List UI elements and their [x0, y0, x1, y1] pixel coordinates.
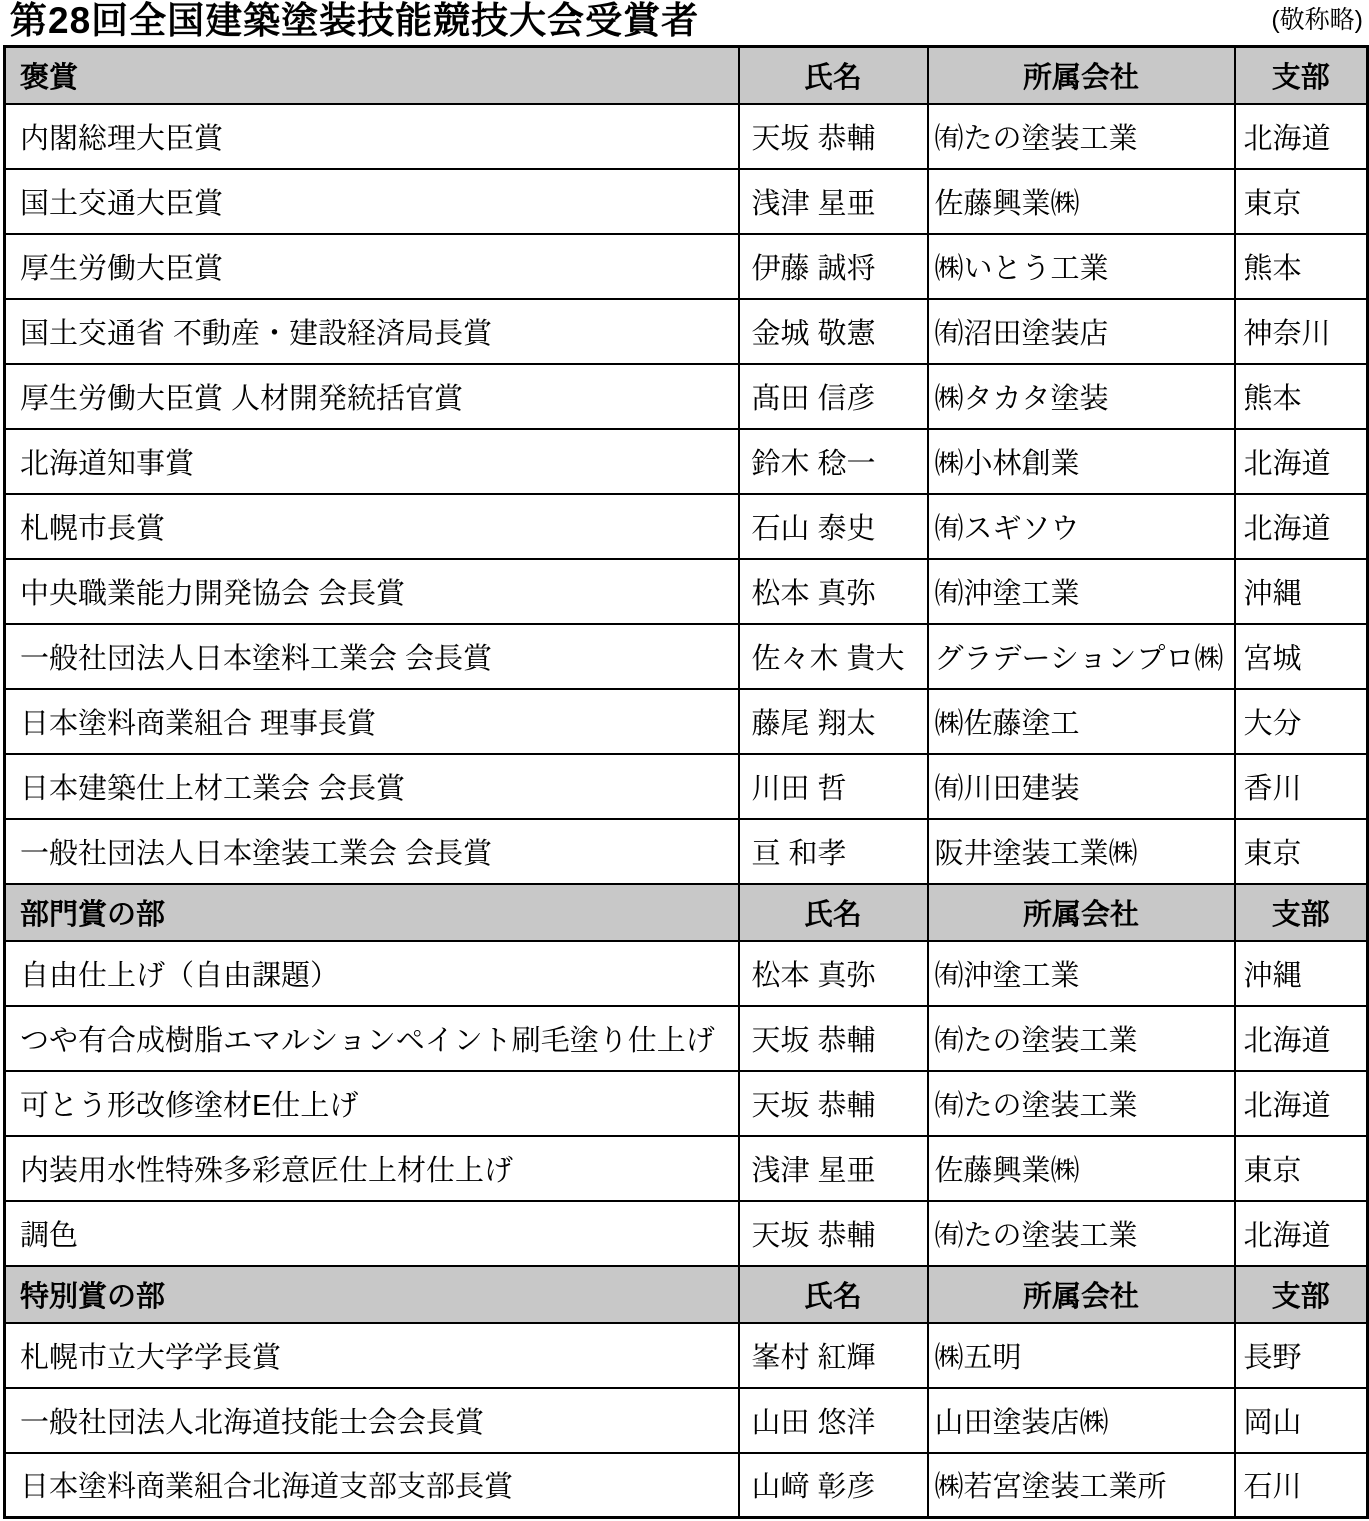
table-row: 中央職業能力開発協会 会長賞 松本 真弥 ㈲沖塗工業 沖縄 [5, 559, 1368, 624]
company-cell: ㈲たの塗装工業 [928, 1201, 1235, 1266]
name-cell: 天坂 恭輔 [739, 104, 928, 169]
branch-cell: 東京 [1235, 1136, 1368, 1201]
company-cell: ㈲たの塗装工業 [928, 104, 1235, 169]
branch-cell: 東京 [1235, 819, 1368, 884]
name-cell: 山﨑 彰彦 [739, 1453, 928, 1518]
branch-cell: 宮城 [1235, 624, 1368, 689]
award-cell: 中央職業能力開発協会 会長賞 [5, 559, 739, 624]
award-cell: 日本塗料商業組合北海道支部支部長賞 [5, 1453, 739, 1518]
table-row: 内装用水性特殊多彩意匠仕上材仕上げ 浅津 星亜 佐藤興業㈱ 東京 [5, 1136, 1368, 1201]
column-header-company: 所属会社 [928, 1266, 1235, 1323]
document-page: 第28回全国建築塗装技能競技大会受賞者 (敬称略) 褒賞 氏名 所属会社 支部 … [0, 0, 1369, 1521]
name-cell: 金城 敬憲 [739, 299, 928, 364]
award-cell: 厚生労働大臣賞 人材開発統括官賞 [5, 364, 739, 429]
table-row: 厚生労働大臣賞 人材開発統括官賞 髙田 信彦 ㈱タカタ塗装 熊本 [5, 364, 1368, 429]
name-cell: 佐々木 貴大 [739, 624, 928, 689]
company-cell: 阪井塗装工業㈱ [928, 819, 1235, 884]
award-cell: 北海道知事賞 [5, 429, 739, 494]
name-cell: 山田 悠洋 [739, 1388, 928, 1453]
column-header-name: 氏名 [739, 1266, 928, 1323]
section-header-row: 部門賞の部 氏名 所属会社 支部 [5, 884, 1368, 941]
name-cell: 浅津 星亜 [739, 1136, 928, 1201]
name-cell: 天坂 恭輔 [739, 1006, 928, 1071]
name-cell: 伊藤 誠将 [739, 234, 928, 299]
name-cell: 浅津 星亜 [739, 169, 928, 234]
branch-cell: 北海道 [1235, 1071, 1368, 1136]
branch-cell: 熊本 [1235, 364, 1368, 429]
branch-cell: 神奈川 [1235, 299, 1368, 364]
name-cell: 髙田 信彦 [739, 364, 928, 429]
company-cell: ㈲沖塗工業 [928, 941, 1235, 1006]
table-row: 日本塗料商業組合北海道支部支部長賞 山﨑 彰彦 ㈱若宮塗装工業所 石川 [5, 1453, 1368, 1518]
branch-cell: 大分 [1235, 689, 1368, 754]
award-cell: 内閣総理大臣賞 [5, 104, 739, 169]
table-row: つや有合成樹脂エマルションペイント刷毛塗り仕上げ 天坂 恭輔 ㈲たの塗装工業 北… [5, 1006, 1368, 1071]
name-cell: 鈴木 稔一 [739, 429, 928, 494]
column-header-branch: 支部 [1235, 884, 1368, 941]
name-cell: 天坂 恭輔 [739, 1201, 928, 1266]
company-cell: ㈱タカタ塗装 [928, 364, 1235, 429]
branch-cell: 沖縄 [1235, 559, 1368, 624]
column-header-name: 氏名 [739, 884, 928, 941]
table-row: 一般社団法人北海道技能士会会長賞 山田 悠洋 山田塗装店㈱ 岡山 [5, 1388, 1368, 1453]
branch-cell: 岡山 [1235, 1388, 1368, 1453]
branch-cell: 北海道 [1235, 494, 1368, 559]
branch-cell: 北海道 [1235, 104, 1368, 169]
name-cell: 松本 真弥 [739, 559, 928, 624]
table-row: 札幌市立大学学長賞 峯村 紅輝 ㈱五明 長野 [5, 1323, 1368, 1388]
name-cell: 峯村 紅輝 [739, 1323, 928, 1388]
column-header-company: 所属会社 [928, 47, 1235, 104]
company-cell: ㈱若宮塗装工業所 [928, 1453, 1235, 1518]
award-cell: 札幌市長賞 [5, 494, 739, 559]
page-title: 第28回全国建築塗装技能競技大会受賞者 [10, 0, 699, 42]
branch-cell: 石川 [1235, 1453, 1368, 1518]
company-cell: ㈲沖塗工業 [928, 559, 1235, 624]
award-cell: 札幌市立大学学長賞 [5, 1323, 739, 1388]
branch-cell: 香川 [1235, 754, 1368, 819]
award-cell: 日本塗料商業組合 理事長賞 [5, 689, 739, 754]
section-header-row: 褒賞 氏名 所属会社 支部 [5, 47, 1368, 104]
section-title: 部門賞の部 [5, 884, 739, 941]
table-row: 札幌市長賞 石山 泰史 ㈲スギソウ 北海道 [5, 494, 1368, 559]
branch-cell: 北海道 [1235, 429, 1368, 494]
column-header-name: 氏名 [739, 47, 928, 104]
company-cell: ㈲たの塗装工業 [928, 1071, 1235, 1136]
column-header-company: 所属会社 [928, 884, 1235, 941]
award-cell: つや有合成樹脂エマルションペイント刷毛塗り仕上げ [5, 1006, 739, 1071]
table-row: 可とう形改修塗材E仕上げ 天坂 恭輔 ㈲たの塗装工業 北海道 [5, 1071, 1368, 1136]
table-row: 国土交通大臣賞 浅津 星亜 佐藤興業㈱ 東京 [5, 169, 1368, 234]
award-cell: 一般社団法人日本塗料工業会 会長賞 [5, 624, 739, 689]
awards-table: 褒賞 氏名 所属会社 支部 内閣総理大臣賞 天坂 恭輔 ㈲たの塗装工業 北海道 … [3, 45, 1369, 1519]
company-cell: ㈱五明 [928, 1323, 1235, 1388]
table-row: 日本塗料商業組合 理事長賞 藤尾 翔太 ㈱佐藤塗工 大分 [5, 689, 1368, 754]
company-cell: ㈲たの塗装工業 [928, 1006, 1235, 1071]
table-row: 日本建築仕上材工業会 会長賞 川田 哲 ㈲川田建装 香川 [5, 754, 1368, 819]
company-cell: ㈲川田建装 [928, 754, 1235, 819]
award-cell: 厚生労働大臣賞 [5, 234, 739, 299]
title-bar: 第28回全国建築塗装技能競技大会受賞者 (敬称略) [0, 0, 1369, 45]
branch-cell: 長野 [1235, 1323, 1368, 1388]
name-cell: 亘 和孝 [739, 819, 928, 884]
award-cell: 一般社団法人日本塗装工業会 会長賞 [5, 819, 739, 884]
table-row: 一般社団法人日本塗装工業会 会長賞 亘 和孝 阪井塗装工業㈱ 東京 [5, 819, 1368, 884]
award-cell: 内装用水性特殊多彩意匠仕上材仕上げ [5, 1136, 739, 1201]
table-row: 調色 天坂 恭輔 ㈲たの塗装工業 北海道 [5, 1201, 1368, 1266]
award-cell: 一般社団法人北海道技能士会会長賞 [5, 1388, 739, 1453]
branch-cell: 東京 [1235, 169, 1368, 234]
table-row: 北海道知事賞 鈴木 稔一 ㈱小林創業 北海道 [5, 429, 1368, 494]
award-cell: 日本建築仕上材工業会 会長賞 [5, 754, 739, 819]
name-cell: 天坂 恭輔 [739, 1071, 928, 1136]
table-row: 一般社団法人日本塗料工業会 会長賞 佐々木 貴大 グラデーションプロ㈱ 宮城 [5, 624, 1368, 689]
name-cell: 川田 哲 [739, 754, 928, 819]
branch-cell: 沖縄 [1235, 941, 1368, 1006]
award-cell: 可とう形改修塗材E仕上げ [5, 1071, 739, 1136]
company-cell: ㈱佐藤塗工 [928, 689, 1235, 754]
section-title: 褒賞 [5, 47, 739, 104]
table-row: 厚生労働大臣賞 伊藤 誠将 ㈱いとう工業 熊本 [5, 234, 1368, 299]
company-cell: ㈲沼田塗装店 [928, 299, 1235, 364]
award-cell: 国土交通大臣賞 [5, 169, 739, 234]
company-cell: 山田塗装店㈱ [928, 1388, 1235, 1453]
branch-cell: 北海道 [1235, 1201, 1368, 1266]
table-row: 内閣総理大臣賞 天坂 恭輔 ㈲たの塗装工業 北海道 [5, 104, 1368, 169]
company-cell: ㈱小林創業 [928, 429, 1235, 494]
name-cell: 松本 真弥 [739, 941, 928, 1006]
award-cell: 国土交通省 不動産・建設経済局長賞 [5, 299, 739, 364]
branch-cell: 北海道 [1235, 1006, 1368, 1071]
company-cell: ㈲スギソウ [928, 494, 1235, 559]
column-header-branch: 支部 [1235, 1266, 1368, 1323]
section-title: 特別賞の部 [5, 1266, 739, 1323]
company-cell: 佐藤興業㈱ [928, 1136, 1235, 1201]
company-cell: 佐藤興業㈱ [928, 169, 1235, 234]
table-row: 自由仕上げ（自由課題） 松本 真弥 ㈲沖塗工業 沖縄 [5, 941, 1368, 1006]
name-cell: 石山 泰史 [739, 494, 928, 559]
honorifics-note: (敬称略) [1271, 0, 1363, 37]
name-cell: 藤尾 翔太 [739, 689, 928, 754]
company-cell: グラデーションプロ㈱ [928, 624, 1235, 689]
section-header-row: 特別賞の部 氏名 所属会社 支部 [5, 1266, 1368, 1323]
company-cell: ㈱いとう工業 [928, 234, 1235, 299]
award-cell: 自由仕上げ（自由課題） [5, 941, 739, 1006]
branch-cell: 熊本 [1235, 234, 1368, 299]
table-row: 国土交通省 不動産・建設経済局長賞 金城 敬憲 ㈲沼田塗装店 神奈川 [5, 299, 1368, 364]
award-cell: 調色 [5, 1201, 739, 1266]
column-header-branch: 支部 [1235, 47, 1368, 104]
